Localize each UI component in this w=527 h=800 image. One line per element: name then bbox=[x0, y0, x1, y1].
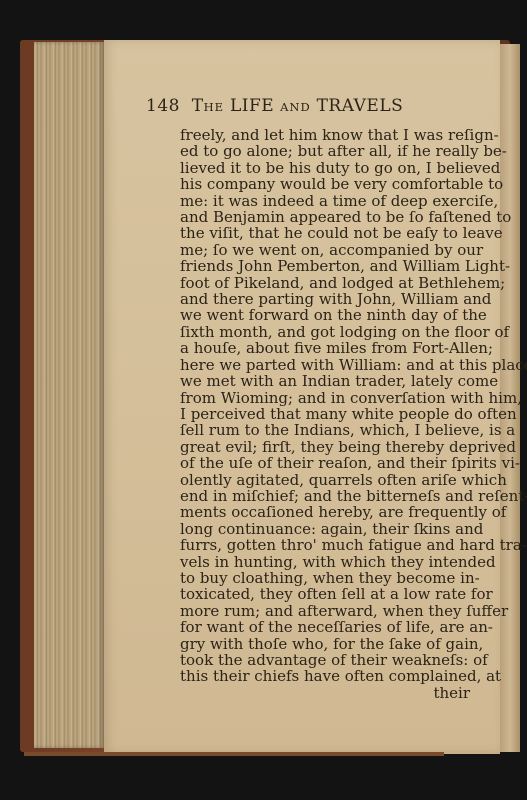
text-line: foot of Pikeland, and lodged at Bethlehe… bbox=[180, 275, 470, 291]
text-line: gry with thoſe who, for the ſake of gain… bbox=[180, 636, 470, 652]
text-line: we went forward on the ninth day of the bbox=[180, 307, 470, 323]
running-header: 148 THE LIFE AND TRAVELS bbox=[146, 96, 471, 116]
text-line: from Wioming; and in converſation with h… bbox=[180, 390, 470, 406]
text-line: took the advantage of their weakneſs: of bbox=[180, 652, 470, 668]
text-line: the viſit, that he could not be eaſy to … bbox=[180, 225, 470, 241]
text-line: ſell rum to the Indians, which, I believ… bbox=[180, 422, 470, 438]
text-line: toxicated, they often ſell at a low rate… bbox=[180, 586, 470, 602]
text-line: freely, and let him know that I was reſi… bbox=[180, 127, 470, 143]
text-line: we met with an Indian trader, lately com… bbox=[180, 373, 470, 389]
header-word-the: THE bbox=[192, 96, 224, 116]
header-word-life: LIFE bbox=[230, 96, 274, 116]
text-line: ed to go alone; but after all, if he rea… bbox=[180, 143, 470, 159]
text-line: vels in hunting, with which they intende… bbox=[180, 554, 470, 570]
text-line: great evil; firſt, they being thereby de… bbox=[180, 439, 470, 455]
text-line: ments occaſioned hereby, are frequently … bbox=[180, 504, 470, 520]
text-line: friends John Pemberton, and William Ligh… bbox=[180, 258, 470, 274]
text-line: this their chiefs have often complained,… bbox=[180, 668, 470, 684]
cover-bottom-edge bbox=[24, 752, 444, 756]
text-line: ſixth month, and got lodging on the floo… bbox=[180, 324, 470, 340]
catchword: their bbox=[180, 685, 470, 701]
text-line: me: it was indeed a time of deep exerciſ… bbox=[180, 193, 470, 209]
text-line: and Benjamin appeared to be ſo faſtened … bbox=[180, 209, 470, 225]
text-line: olently agitated, quarrels often ariſe w… bbox=[180, 472, 470, 488]
text-line: furrs, gotten thro' much fatigue and har… bbox=[180, 537, 470, 553]
text-line: more rum; and afterward, when they ſuffe… bbox=[180, 603, 470, 619]
text-line: long continuance: again, their ſkins and bbox=[180, 521, 470, 537]
header-word-and: AND bbox=[280, 100, 311, 114]
text-line: to buy cloathing, when they become in- bbox=[180, 570, 470, 586]
text-line: me; ſo we went on, accompanied by our bbox=[180, 242, 470, 258]
text-line: end in miſchief; and the bitterneſs and … bbox=[180, 488, 470, 504]
text-line: lieved it to be his duty to go on, I bel… bbox=[180, 160, 470, 176]
header-word-travels: TRAVELS bbox=[317, 96, 404, 116]
text-line: here we parted with William: and at this… bbox=[180, 357, 470, 373]
text-line: and there parting with John, William and bbox=[180, 291, 470, 307]
page-edges-stack bbox=[34, 42, 104, 748]
text-line: for want of the neceſſaries of life, are… bbox=[180, 619, 470, 635]
text-line: his company would be very comfortable to bbox=[180, 176, 470, 192]
page-body-text: freely, and let him know that I was reſi… bbox=[180, 127, 470, 701]
book-scan: 148 THE LIFE AND TRAVELS freely, and let… bbox=[0, 0, 527, 800]
text-line: of the uſe of their reaſon, and their ſp… bbox=[180, 455, 470, 471]
text-line: a houſe, about five miles from Fort-Alle… bbox=[180, 340, 470, 356]
page-number: 148 bbox=[146, 96, 180, 116]
text-line: I perceived that many white people do of… bbox=[180, 406, 470, 422]
